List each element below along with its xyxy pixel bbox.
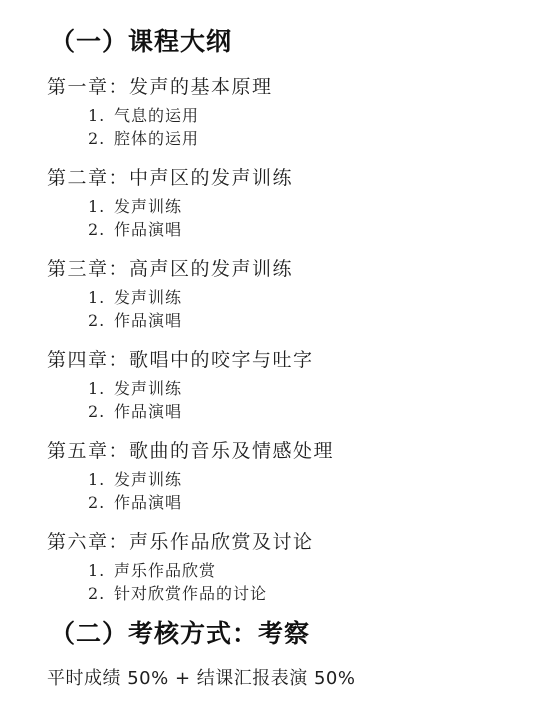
list-text: 发声训练 (114, 197, 182, 216)
chapter-title: 第三章：高声区的发声训练 (47, 254, 293, 281)
list-number: 2. (88, 311, 114, 331)
list-item: 2.腔体的运用 (88, 129, 199, 149)
list-text: 气息的运用 (114, 106, 199, 125)
chapter-title: 第五章：歌曲的音乐及情感处理 (47, 436, 334, 463)
list-text: 作品演唱 (114, 493, 182, 512)
list-text: 作品演唱 (114, 220, 182, 239)
list-item: 1.发声训练 (88, 197, 182, 217)
list-item: 2.作品演唱 (88, 402, 182, 422)
list-text: 作品演唱 (114, 402, 182, 421)
list-number: 2. (88, 493, 114, 513)
grading-summary: 平时成绩 50% + 结课汇报表演 50% (47, 664, 355, 690)
list-item: 1.声乐作品欣赏 (88, 561, 216, 581)
section-heading-assessment: （二）考核方式：考察 (50, 614, 310, 650)
list-text: 针对欣赏作品的讨论 (114, 584, 267, 603)
list-text: 声乐作品欣赏 (114, 561, 216, 580)
list-number: 1. (88, 106, 114, 126)
list-number: 1. (88, 379, 114, 399)
list-text: 发声训练 (114, 470, 182, 489)
list-number: 1. (88, 470, 114, 490)
list-number: 1. (88, 288, 114, 308)
list-item: 1.气息的运用 (88, 106, 199, 126)
list-text: 作品演唱 (114, 311, 182, 330)
list-text: 腔体的运用 (114, 129, 199, 148)
list-item: 1.发声训练 (88, 470, 182, 490)
list-item: 2.作品演唱 (88, 493, 182, 513)
list-number: 2. (88, 584, 114, 604)
section-heading-course-outline: （一）课程大纲 (50, 22, 232, 58)
list-item: 1.发声训练 (88, 288, 182, 308)
chapter-title: 第一章：发声的基本原理 (47, 72, 273, 99)
list-item: 2.作品演唱 (88, 220, 182, 240)
chapter-title: 第二章：中声区的发声训练 (47, 163, 293, 190)
list-item: 2.作品演唱 (88, 311, 182, 331)
chapter-title: 第六章：声乐作品欣赏及讨论 (47, 527, 314, 554)
chapter-title: 第四章：歌唱中的咬字与吐字 (47, 345, 314, 372)
list-number: 2. (88, 402, 114, 422)
list-item: 2.针对欣赏作品的讨论 (88, 584, 267, 604)
list-item: 1.发声训练 (88, 379, 182, 399)
list-number: 1. (88, 197, 114, 217)
list-text: 发声训练 (114, 288, 182, 307)
list-text: 发声训练 (114, 379, 182, 398)
list-number: 2. (88, 129, 114, 149)
list-number: 2. (88, 220, 114, 240)
list-number: 1. (88, 561, 114, 581)
